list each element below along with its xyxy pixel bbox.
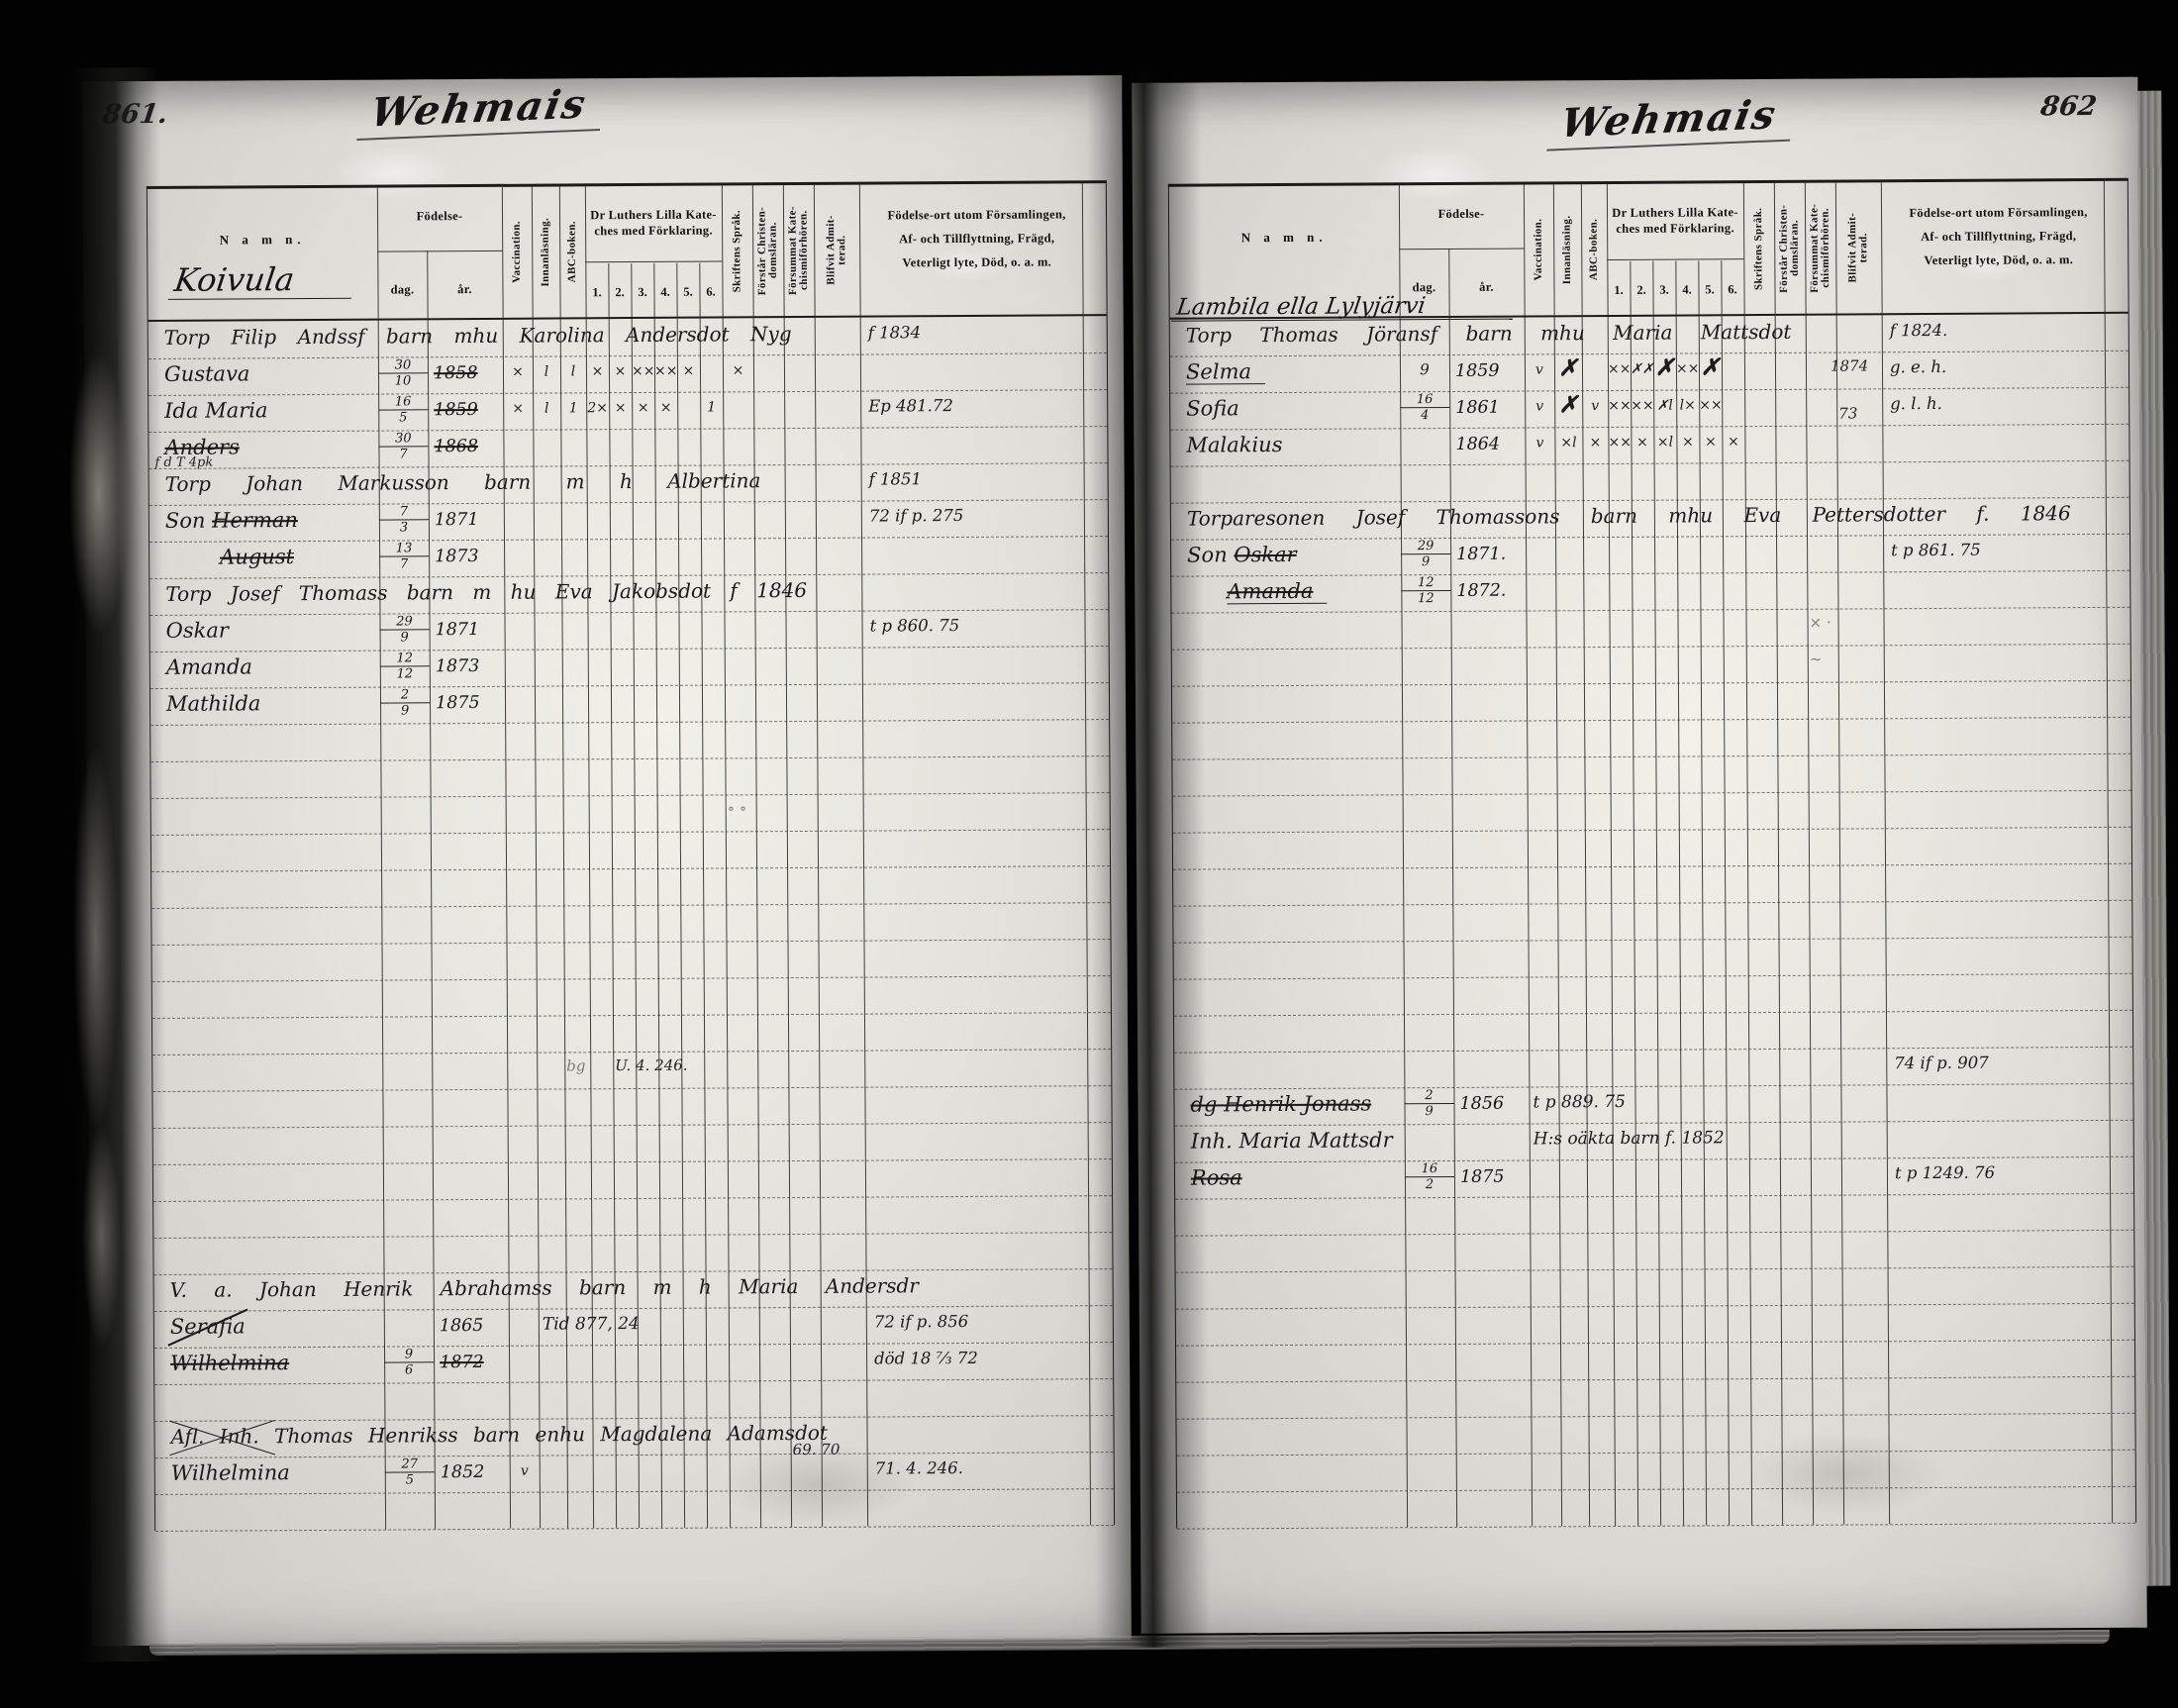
birth-day-cell: 137 — [379, 541, 429, 571]
birth-day: 30 — [378, 357, 428, 372]
left-page: 861. Wehmais Koivula N a m n.Födelse-dag… — [82, 75, 1132, 1646]
table-body: Torp Filip Andssf barn mhu Karolina Ande… — [148, 316, 1114, 1531]
column-header-namn: N a m n. — [1169, 229, 1399, 246]
column-header-kateches-number: 6. — [1721, 282, 1743, 297]
checkmark-cell: ×× — [1608, 361, 1631, 377]
note-cell: f 1851 — [869, 469, 922, 488]
column-header-innanlasning: Innanläsning. — [1553, 187, 1582, 312]
column-header-notes: Veterligt lyte, Död, o. a. m. — [859, 254, 1094, 270]
note-cell: f 1824. — [1890, 321, 1948, 340]
birth-day: 16 — [1405, 1161, 1454, 1176]
birth-month: 5 — [385, 1471, 435, 1487]
column-header-fodelse: Födelse- — [377, 209, 502, 225]
entry-name: Wilhelmina — [171, 1460, 290, 1485]
checkmark-cell: × — [1699, 434, 1722, 450]
checkmark-cell: ✗ — [1554, 354, 1582, 381]
birth-day-cell: 1212 — [1401, 575, 1450, 606]
entry-name-part: Amanda — [1227, 579, 1313, 604]
note-cell: 72 if p. 856 — [874, 1312, 969, 1332]
stray-mark: ∘ ∘ — [728, 799, 747, 817]
table-body: Torp Thomas Jöransf barn mhu Maria Matts… — [1170, 314, 2135, 1529]
note-cell: Ep 481.72 — [868, 396, 953, 416]
column-header-kateches-number: 5. — [1698, 282, 1721, 297]
column-header-blifvit-admitterad: Blifvit Admit- terad. — [1835, 185, 1882, 310]
column-header-kateches-number: 1. — [1607, 283, 1630, 298]
column-header-kateches-number: 6. — [699, 284, 722, 299]
birth-day: 2 — [1404, 1088, 1453, 1103]
checkmark-cell: l× — [1676, 397, 1699, 413]
page-number: 861. — [100, 99, 169, 130]
column-header-kateches-number: 1. — [585, 285, 608, 300]
note-cell: t p 860. 75 — [869, 616, 959, 636]
checkmark-cell: 1 — [560, 400, 586, 416]
marginal-note: f d T 4pk — [154, 455, 213, 470]
entry-name: Wilhelmina — [170, 1351, 289, 1375]
empty-row — [155, 1488, 1114, 1532]
record-table: N a m n.Födelse-dag.år.Vaccination.Innan… — [1168, 178, 2136, 1529]
column-header-kateches-number: 5. — [676, 285, 699, 300]
birth-day-cell: 164 — [1400, 392, 1449, 423]
birth-day-cell: 299 — [379, 614, 429, 645]
birth-day: 30 — [378, 431, 428, 446]
column-header-notes: Födelse-ort utom Församlingen, — [859, 207, 1094, 223]
birth-day: 16 — [378, 394, 428, 409]
entry-name: Gustava — [164, 361, 250, 386]
entry-name: Mathilda — [166, 691, 261, 716]
checkmark-cell: × — [1722, 434, 1744, 450]
birth-day-cell: 29 — [1404, 1088, 1453, 1119]
column-header-abc-boken: ABC-boken. — [1581, 187, 1608, 312]
checkmark-cell: 2× — [586, 400, 609, 416]
column-header-skriftens-sprak: Skriftens Språk. — [1743, 186, 1775, 311]
checkmark-cell: v — [1525, 398, 1554, 414]
checkmark-cell: v — [1525, 435, 1554, 451]
column-header-vaccination: Vaccination. — [502, 190, 533, 315]
note-cell: f 1834 — [868, 323, 921, 342]
stray-mark: U. 4. 246. — [615, 1056, 687, 1074]
birth-day-cell: 307 — [378, 431, 428, 461]
checkmark-cell: ×× — [654, 363, 677, 379]
entry-name-part: Oskar — [1234, 543, 1296, 566]
birth-year-cell: 1858 — [434, 363, 478, 383]
checkmark-cell: × — [654, 400, 677, 416]
note-cell: t p 1249. 76 — [1895, 1163, 1995, 1183]
birth-month: 9 — [380, 702, 430, 718]
spanning-note: Tid 877, 24 — [543, 1314, 640, 1335]
column-header-forstar-christendomslaran: Förstår Christen- domsläran. — [1774, 186, 1806, 311]
birth-month: 3 — [379, 519, 429, 535]
checkmark-cell: v — [1582, 398, 1608, 414]
checkmark-cell: 1 — [700, 399, 723, 415]
column-divider — [377, 188, 379, 319]
note-cell: 74 if p. 907 — [1894, 1054, 1989, 1073]
entry-name-part: August — [220, 545, 294, 568]
checkmark-cell: ×l — [1653, 435, 1676, 451]
column-header-kateches: ches med Förklaring. — [585, 223, 722, 239]
birth-year-cell: 1872. — [1456, 581, 1506, 601]
column-header-abc-boken: ABC-boken. — [559, 189, 586, 314]
birth-day: 12 — [380, 651, 430, 665]
birth-month: 4 — [1400, 407, 1449, 423]
birth-year-cell: 1861 — [1455, 398, 1500, 418]
birth-day: 29 — [379, 614, 429, 629]
checkmark-cell: v — [1525, 361, 1554, 377]
column-header-forstar-christendomslaran: Förstår Christen- domsläran. — [752, 188, 784, 313]
birth-year-cell: 1859 — [434, 400, 478, 420]
note-cell: 71. 4. 246. — [875, 1458, 963, 1478]
stray-mark: ~ — [1810, 651, 1823, 668]
column-header-namn: N a m n. — [148, 232, 377, 249]
birth-month: 12 — [380, 665, 430, 681]
column-header-ar: år. — [427, 282, 502, 297]
birth-day-cell: 9 — [1400, 362, 1449, 377]
birth-day-cell: 29 — [380, 687, 430, 718]
checkmark-cell: × — [1676, 434, 1699, 450]
checkmark-cell: × — [586, 363, 609, 379]
birth-month: 7 — [378, 446, 428, 461]
strikeout-cross-mark — [166, 1421, 277, 1454]
column-header-kateches-number: 3. — [631, 285, 653, 300]
headline-text: Torparesonen Josef Thomassons barn mhu E… — [1187, 501, 2071, 530]
checkmark-cell: × — [1631, 435, 1653, 451]
column-header-vaccination: Vaccination. — [1524, 187, 1554, 312]
column-header-notes: Veterligt lyte, Död, o. a. m. — [1881, 252, 2116, 268]
checkmark-cell: × — [503, 401, 533, 417]
entry-name: Ida Maria — [164, 398, 267, 423]
header-divider — [1399, 249, 1524, 251]
column-divider — [2104, 181, 2106, 312]
column-header-kateches-number: 4. — [653, 285, 676, 300]
entry-name: Son Herman — [165, 508, 298, 533]
checkmark-cell: ✗ — [1653, 354, 1676, 381]
entry-name: Malakius — [1186, 433, 1282, 457]
birth-year-cell: 1875 — [436, 693, 480, 713]
record-table: N a m n.Födelse-dag.år.Vaccination.Innan… — [147, 180, 1115, 1531]
note-cell: g. l. h. — [1890, 394, 1942, 413]
birth-day: 13 — [379, 541, 429, 555]
page-number: 862 — [2038, 91, 2099, 122]
birth-day-cell: 299 — [1401, 539, 1450, 569]
entry-name: Oskar — [165, 619, 228, 643]
column-header-skriftens-sprak: Skriftens Språk. — [722, 188, 753, 313]
stray-mark: bg — [566, 1056, 585, 1074]
checkmark-cell: v — [510, 1463, 540, 1479]
entry-name: Selma — [1186, 359, 1265, 384]
birth-year-cell: 1864 — [1455, 435, 1500, 454]
column-header-fodelse: Födelse- — [1399, 207, 1524, 223]
checkmark-cell: ×× — [1608, 435, 1631, 451]
page-title: Wehmais — [356, 80, 609, 141]
section-title: Koivula — [168, 260, 356, 300]
birth-year-cell: 1852 — [441, 1462, 485, 1482]
checkmark-cell: l — [560, 363, 586, 379]
birth-day: 7 — [379, 504, 429, 519]
birth-month: 7 — [379, 555, 429, 571]
stray-mark: 69. 70 — [793, 1441, 841, 1458]
birth-month: 9 — [1405, 1103, 1454, 1119]
checkmark-cell: ×× — [1676, 360, 1699, 376]
birth-day: 2 — [380, 687, 430, 702]
book-spread: 861. Wehmais Koivula N a m n.Födelse-dag… — [80, 65, 2167, 1655]
birth-year-cell: 1865 — [440, 1316, 484, 1336]
birth-month: 12 — [1401, 590, 1450, 606]
spanning-note: t p 889. 75 — [1533, 1092, 1626, 1113]
birth-day: 27 — [385, 1457, 435, 1471]
entry-name-part: Son — [1187, 543, 1234, 566]
column-header-kateches-number: 2. — [1630, 283, 1652, 298]
entry-name-part: Son — [165, 509, 212, 533]
birth-day-cell: 3010 — [378, 357, 428, 388]
stray-mark: 1874 — [1831, 356, 1868, 374]
stray-mark: 73 — [1838, 404, 1857, 422]
entry-name: Son Oskar — [1187, 543, 1297, 567]
entry-name: Inh. Maria Mattsdr — [1191, 1128, 1393, 1153]
entry-name: dg Henrik Jonass — [1190, 1091, 1371, 1116]
birth-year-cell: 1875 — [1460, 1167, 1505, 1187]
checkmark-cell: ✗l — [1653, 398, 1676, 414]
empty-row — [1177, 1486, 2135, 1530]
birth-day-cell: 96 — [384, 1347, 434, 1377]
column-header-kateches-number: 4. — [1675, 282, 1698, 297]
page-title: Wehmais — [1546, 91, 1799, 151]
right-page: 862 Wehmais Lambila ella Lylyjärvi N a m… — [1132, 77, 2147, 1634]
column-header-dag: dag. — [377, 282, 427, 297]
checkmark-cell: × — [1582, 435, 1608, 451]
birth-day: 12 — [1401, 575, 1450, 590]
section-title: Lambila ella Lylyjärvi — [1171, 293, 1517, 322]
column-header-innanlasning: Innanläsning. — [532, 189, 560, 314]
headline-text: Torp Johan Markusson barn m h Albertina — [165, 468, 761, 496]
entry-name: Amanda — [166, 654, 252, 679]
birth-month: 5 — [378, 409, 428, 425]
birth-year-cell: 1873 — [435, 547, 479, 566]
checkmark-cell: l — [533, 363, 560, 379]
column-header-kateches: ches med Förklaring. — [1607, 221, 1743, 237]
headline-text: V. a. Johan Henrik Abrahamss barn m h Ma… — [170, 1273, 919, 1302]
checkmark-cell: × — [609, 400, 632, 416]
checkmark-cell: ✗ — [1554, 391, 1582, 418]
column-header-kateches-number: 3. — [1652, 283, 1675, 298]
birth-day-cell: 275 — [385, 1457, 435, 1487]
birth-year-cell: 1871 — [436, 620, 480, 640]
entry-name: August — [220, 545, 294, 568]
column-header-notes: Födelse-ort utom Församlingen, — [1881, 205, 2116, 221]
checkmark-cell: ×l — [1554, 435, 1582, 451]
entry-name: Sofia — [1186, 396, 1239, 420]
stray-mark: × · — [1809, 614, 1831, 632]
column-header-forsummat-katechismiforhoren: Försummat Kate- chismiförhören. — [1805, 186, 1836, 311]
checkmark-cell: × — [503, 364, 533, 380]
checkmark-cell: ×× — [1608, 398, 1631, 414]
checkmark-cell: × — [723, 362, 753, 378]
column-divider — [1082, 183, 1084, 314]
headline-text: Torp Josef Thomass barn m hu Eva Jakobsd… — [165, 578, 807, 606]
column-header-kateches-number: 2. — [608, 285, 631, 300]
checkmark-cell: ×× — [1631, 398, 1653, 414]
checkmark-cell: × — [677, 363, 700, 379]
scanned-parish-register: 861. Wehmais Koivula N a m n.Födelse-dag… — [0, 0, 2178, 1708]
birth-year-cell: 1859 — [1455, 361, 1500, 381]
column-header-forsummat-katechismiforhoren: Försummat Kate- chismiförhören. — [783, 188, 815, 313]
column-header-blifvit-admitterad: Blifvit Admit- terad. — [814, 188, 860, 313]
column-header-notes: Af- och Tillflyttning, Frägd, — [1881, 229, 2116, 245]
header-divider — [377, 251, 502, 252]
birth-day-cell: 162 — [1405, 1161, 1454, 1192]
birth-month: 9 — [380, 629, 430, 645]
note-cell: 72 if p. 275 — [869, 506, 964, 526]
headline-text: Torp Thomas Jöransf barn mhu Maria Matts… — [1186, 320, 1792, 348]
birth-day-cell: 165 — [378, 394, 428, 425]
birth-year-cell: 1871 — [435, 510, 479, 530]
checkmark-cell: × — [609, 363, 632, 379]
note-cell: g. e. h. — [1890, 357, 1946, 376]
note-cell: t p 861. 75 — [1891, 541, 1981, 560]
birth-year-cell: 1871. — [1456, 545, 1506, 564]
birth-month: 10 — [378, 372, 428, 388]
note-cell: död 18 ⁷⁄₃ 72 — [874, 1349, 978, 1368]
checkmark-cell: ✗✗ — [1631, 361, 1653, 377]
checkmark-cell: ×× — [1699, 397, 1722, 413]
birth-day: 9 — [384, 1347, 434, 1361]
birth-year-cell: 1856 — [1459, 1094, 1504, 1114]
birth-year-cell: 1872 — [440, 1353, 484, 1372]
birth-day-cell: 73 — [379, 504, 429, 535]
entry-name-part: Herman — [212, 508, 298, 533]
birth-year-cell: 1873 — [436, 656, 480, 676]
spanning-note: H:s oäkta barn f. 1852 — [1534, 1128, 1725, 1149]
birth-month: 9 — [1401, 553, 1450, 569]
checkmark-cell: ×× — [632, 363, 654, 379]
birth-month: 6 — [384, 1361, 434, 1377]
entry-name: Serafia — [170, 1314, 246, 1338]
column-header-notes: Af- och Tillflyttning, Frägd, — [859, 231, 1094, 247]
table-header: N a m n.Födelse-dag.år.Vaccination.Innan… — [148, 183, 1107, 322]
entry-name: Rosa — [1191, 1165, 1242, 1189]
column-header-kateches: Dr Luthers Lilla Kate- — [585, 207, 722, 223]
birth-year-cell: 1868 — [434, 437, 478, 456]
checkmark-cell: × — [632, 400, 654, 416]
checkmark-cell: ✗ — [1699, 353, 1722, 380]
birth-day-cell: 1212 — [380, 651, 430, 681]
entry-name: Amanda — [1227, 579, 1327, 605]
checkmark-cell: l — [533, 400, 560, 416]
headline-text: Torp Filip Andssf barn mhu Karolina Ande… — [164, 322, 792, 350]
birth-month: 2 — [1405, 1176, 1454, 1192]
birth-day: 16 — [1400, 392, 1449, 407]
birth-day: 29 — [1401, 539, 1450, 553]
column-header-kateches: Dr Luthers Lilla Kate- — [1607, 205, 1743, 221]
